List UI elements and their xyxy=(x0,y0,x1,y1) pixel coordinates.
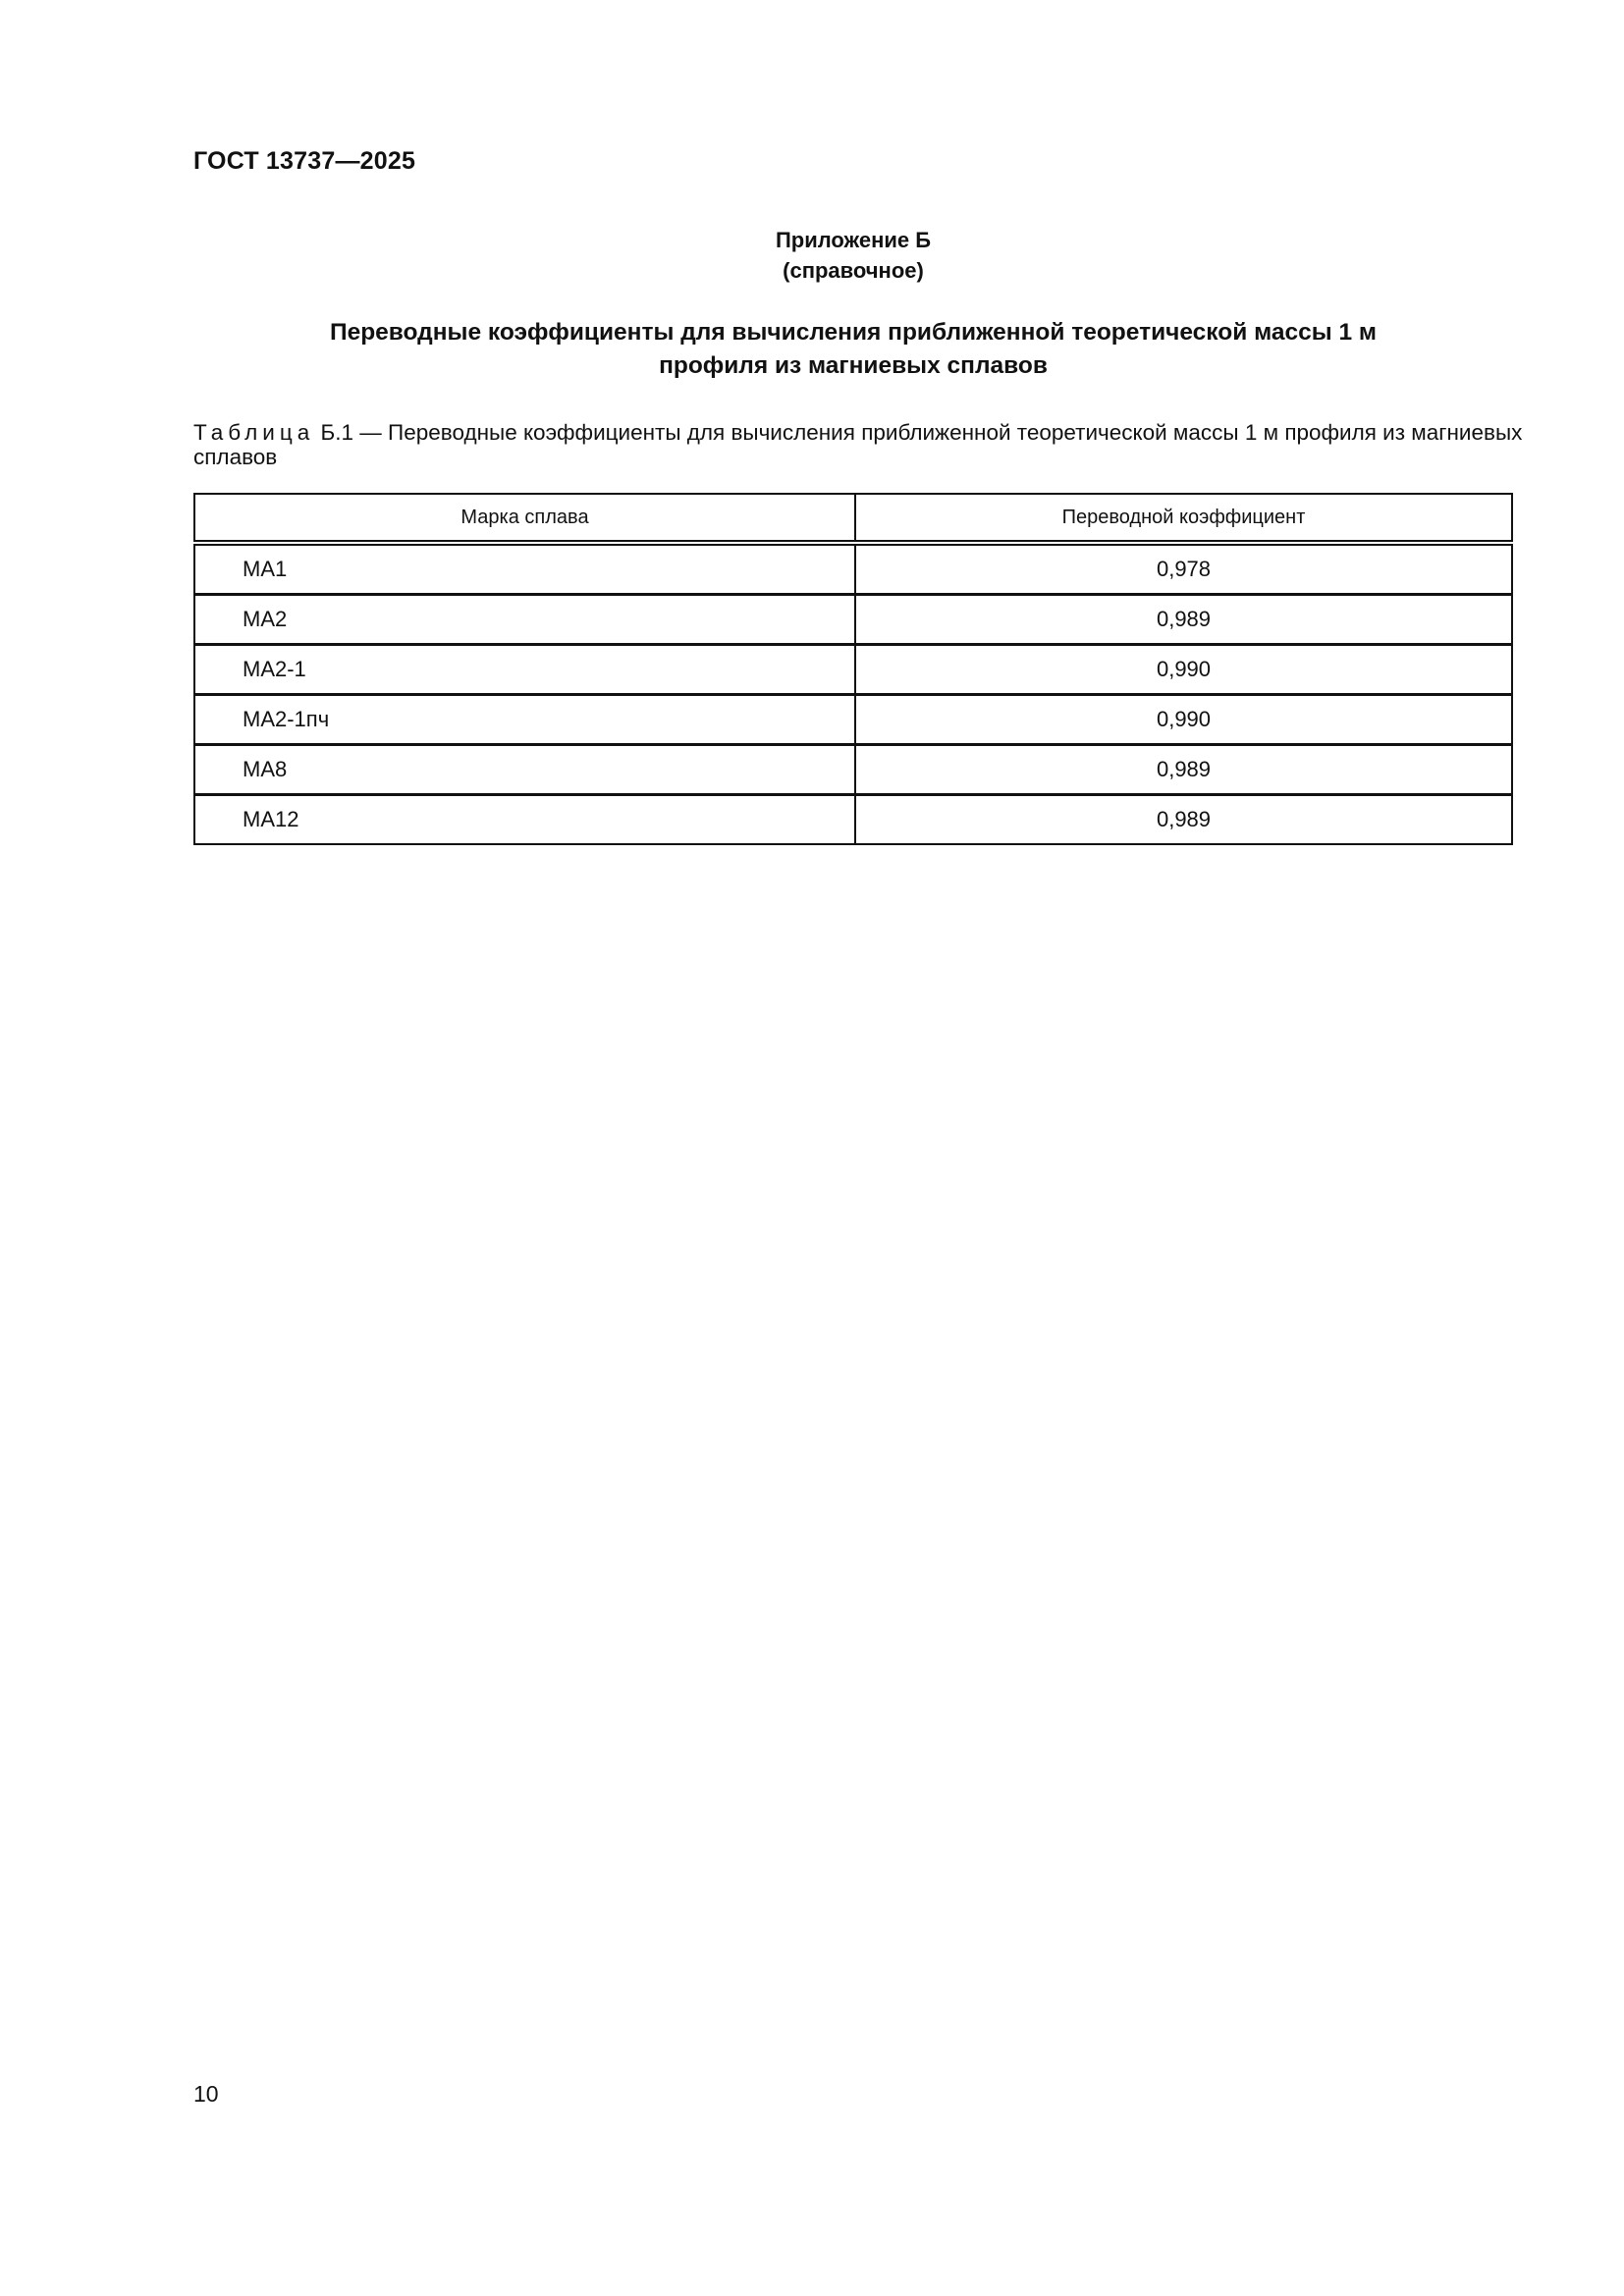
appendix-title: Переводные коэффициенты для вычисления п… xyxy=(193,316,1513,383)
appendix-status: (справочное) xyxy=(193,255,1513,286)
coefficient-cell: 0,989 xyxy=(855,745,1512,795)
alloy-grade-cell: МА2-1 xyxy=(194,645,855,695)
alloy-grade-cell: МА12 xyxy=(194,795,855,845)
table-caption: Таблица Б.1 — Переводные коэффициенты дл… xyxy=(193,420,1529,469)
table-caption-text: — Переводные коэффициенты для вычисления… xyxy=(193,420,1522,469)
column-header-grade: Марка сплава xyxy=(194,494,855,543)
table-row: МА1 0,978 xyxy=(194,543,1512,595)
appendix-heading: Приложение Б (справочное) xyxy=(193,225,1513,286)
alloy-grade-cell: МА8 xyxy=(194,745,855,795)
appendix-label: Приложение Б xyxy=(193,225,1513,255)
table-row: МА12 0,989 xyxy=(194,795,1512,845)
appendix-title-line-2: профиля из магниевых сплавов xyxy=(193,349,1513,383)
page-number: 10 xyxy=(193,2081,219,2108)
coefficient-cell: 0,989 xyxy=(855,795,1512,845)
appendix-title-line-1: Переводные коэффициенты для вычисления п… xyxy=(193,316,1513,349)
table-caption-number: Б.1 xyxy=(321,420,354,445)
document-code: ГОСТ 13737—2025 xyxy=(193,147,415,176)
conversion-coefficients-table: Марка сплава Переводной коэффициент МА1 … xyxy=(193,493,1513,845)
table-row: МА2 0,989 xyxy=(194,595,1512,645)
table-row: МА2-1 0,990 xyxy=(194,645,1512,695)
coefficient-cell: 0,990 xyxy=(855,695,1512,745)
alloy-grade-cell: МА2 xyxy=(194,595,855,645)
alloy-grade-cell: МА1 xyxy=(194,543,855,595)
table-header-row: Марка сплава Переводной коэффициент xyxy=(194,494,1512,543)
table-row: МА2-1пч 0,990 xyxy=(194,695,1512,745)
table-row: МА8 0,989 xyxy=(194,745,1512,795)
coefficient-cell: 0,990 xyxy=(855,645,1512,695)
coefficient-cell: 0,989 xyxy=(855,595,1512,645)
alloy-grade-cell: МА2-1пч xyxy=(194,695,855,745)
column-header-coefficient: Переводной коэффициент xyxy=(855,494,1512,543)
coefficient-cell: 0,978 xyxy=(855,543,1512,595)
table-caption-prefix: Таблица xyxy=(193,420,314,445)
